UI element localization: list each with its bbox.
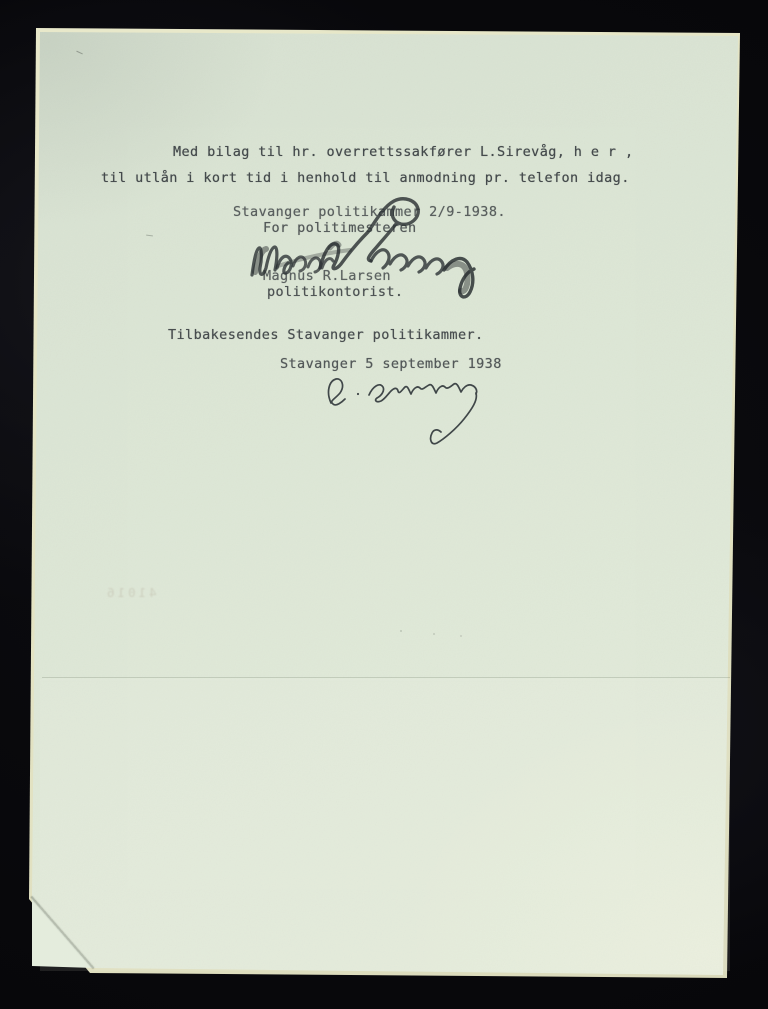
handwritten-signature-sirevaag [315, 372, 495, 452]
return-place-date-line: Stavanger 5 september 1938 [280, 356, 502, 372]
letter-body-line-2: til utlån i kort tid i henhold til anmod… [101, 170, 630, 186]
return-note-line: Tilbakesendes Stavanger politikammer. [168, 327, 484, 343]
handwritten-signature-larsen [246, 192, 486, 310]
bleed-through-number: 41016 [104, 585, 157, 600]
archive-scan-background: Med bilag til hr. overrettssakfører L.Si… [0, 0, 768, 1009]
fold-crease-horizontal [42, 677, 730, 678]
paper-speck [400, 630, 402, 632]
paper-speck [433, 633, 435, 635]
paper-speck [460, 635, 462, 637]
letter-body-line-1: Med bilag til hr. overrettssakfører L.Si… [173, 144, 634, 160]
